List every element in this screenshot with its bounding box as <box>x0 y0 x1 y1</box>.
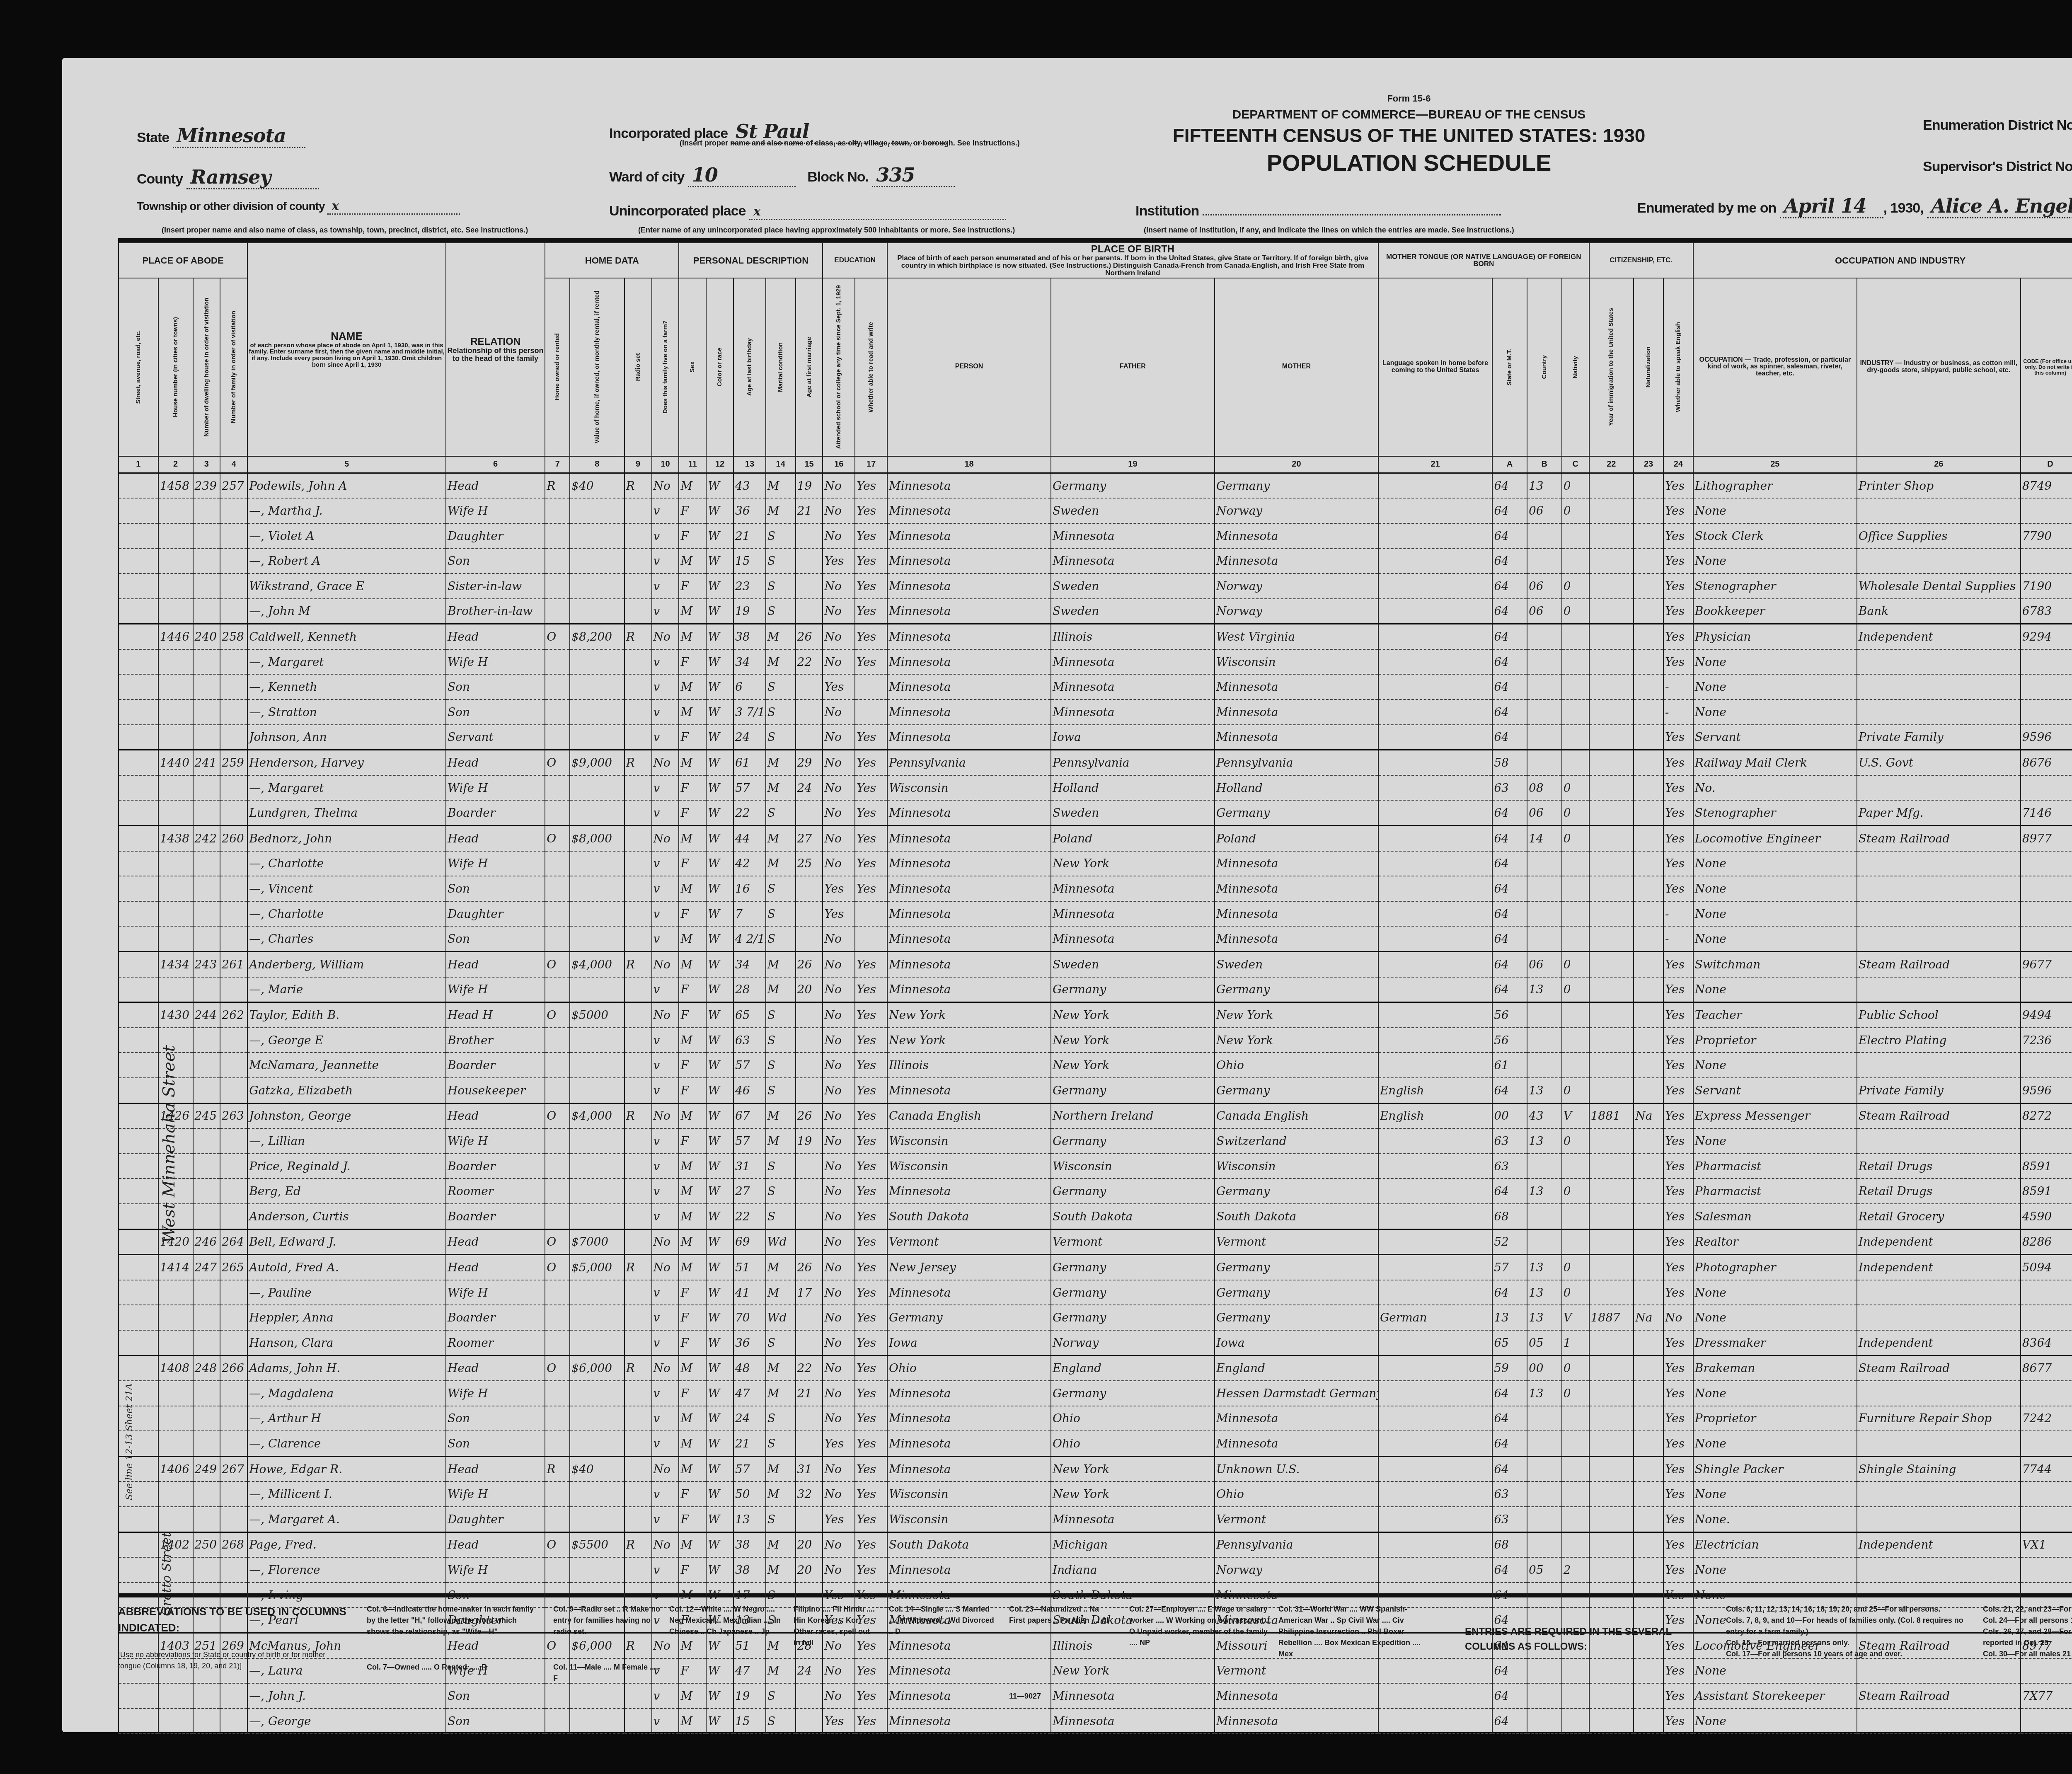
cell-farm: v <box>652 800 679 825</box>
table-row: 1440241259Henderson, HarveyHeadO$9,000RN… <box>119 750 2072 775</box>
cell-farm: v <box>652 775 679 801</box>
cell-val <box>570 1179 625 1204</box>
cell-agem <box>796 1507 823 1532</box>
cell-radio <box>625 876 652 901</box>
cell-fam <box>220 1204 247 1229</box>
cell-code <box>2021 1507 2072 1532</box>
cell-rel: Wife H <box>446 851 545 876</box>
cell-ind: Public School <box>1857 1002 2021 1028</box>
cell-name: Wikstrand, Grace E <box>247 574 446 599</box>
cell-read <box>855 674 887 699</box>
cell-age: 34 <box>733 952 766 977</box>
cell-race: W <box>706 1229 733 1255</box>
cell-imm <box>1589 473 1634 498</box>
cell-farm: No <box>652 473 679 498</box>
col-21-header: Language spoken in home before coming to… <box>1378 278 1492 456</box>
cell-agem <box>796 674 823 699</box>
cell-mar: M <box>766 750 796 775</box>
cell-fam <box>220 876 247 901</box>
cell-occ: None <box>1693 674 1857 699</box>
cell-eng: Yes <box>1663 473 1693 498</box>
cell-read: Yes <box>855 876 887 901</box>
cell-sex: F <box>679 498 706 523</box>
cell-ind: Office Supplies <box>1857 523 2021 549</box>
cell-sex: M <box>679 1204 706 1229</box>
cell-rel: Wife H <box>446 1128 545 1154</box>
cell-house <box>158 1078 193 1103</box>
cell-own <box>545 1128 570 1154</box>
cell-code <box>2021 1280 2072 1305</box>
abbrev-title: ABBREVIATIONS TO BE USED IN COLUMNS INDI… <box>118 1604 350 1636</box>
col-number: 4 <box>220 456 247 473</box>
cell-house_street <box>119 952 158 977</box>
cell-age: 24 <box>733 1406 766 1431</box>
col-number: 2 <box>158 456 193 473</box>
cell-agem <box>796 1078 823 1103</box>
cell-read: Yes <box>855 1154 887 1179</box>
cell-own <box>545 1406 570 1431</box>
col-19-header: FATHER <box>1051 278 1215 456</box>
cell-age: 44 <box>733 826 766 851</box>
cell-agem <box>796 549 823 574</box>
cell-b <box>1527 1028 1562 1053</box>
cell-own: O <box>545 1103 570 1128</box>
cell-mar: M <box>766 498 796 523</box>
cell-code: 8977 <box>2021 826 2072 851</box>
cell-fam <box>220 498 247 523</box>
cell-radio: R <box>625 1103 652 1128</box>
cell-own <box>545 977 570 1002</box>
cell-nat <box>1634 549 1663 574</box>
cell-nat <box>1634 725 1663 750</box>
cell-fam <box>220 1481 247 1507</box>
institution-field: Institution <box>1135 203 1501 219</box>
cell-nat <box>1634 901 1663 927</box>
cell-agem <box>796 1053 823 1078</box>
col-number: 10 <box>652 456 679 473</box>
cell-read: Yes <box>855 1330 887 1355</box>
cell-nat <box>1634 699 1663 725</box>
cell-code: 9596 <box>2021 725 2072 750</box>
cell-race: W <box>706 1103 733 1128</box>
cell-eng: Yes <box>1663 1481 1693 1507</box>
cell-rel: Wife H <box>446 977 545 1002</box>
cell-bp: New York <box>887 1028 1051 1053</box>
cell-radio <box>625 1381 652 1406</box>
cell-sex: M <box>679 1532 706 1557</box>
cell-b <box>1527 901 1562 927</box>
cell-ind <box>1857 775 2021 801</box>
cell-race: W <box>706 1532 733 1557</box>
cell-house_street <box>119 1481 158 1507</box>
cell-sex: M <box>679 1028 706 1053</box>
table-row: —, Robert ASonvMW15SYesYesMinnesotaMinne… <box>119 549 2072 574</box>
cell-name: —, John M <box>247 599 446 624</box>
cell-house_street <box>119 1532 158 1557</box>
col-20-header: MOTHER <box>1215 278 1378 456</box>
cell-name: —, Stratton <box>247 699 446 725</box>
cell-read: Yes <box>855 977 887 1002</box>
cell-agem <box>796 1431 823 1456</box>
cell-agem: 20 <box>796 1532 823 1557</box>
cell-mar: S <box>766 1053 796 1078</box>
cell-mar: S <box>766 1330 796 1355</box>
cell-val <box>570 1204 625 1229</box>
cell-bpf: Sweden <box>1051 574 1215 599</box>
cell-eng: - <box>1663 901 1693 927</box>
cell-lang <box>1378 1028 1492 1053</box>
cell-bp: Minnesota <box>887 1431 1051 1456</box>
cell-house: 1430 <box>158 1002 193 1028</box>
cell-mar: S <box>766 901 796 927</box>
cell-eng: - <box>1663 699 1693 725</box>
cell-own <box>545 901 570 927</box>
cell-a: 64 <box>1492 952 1527 977</box>
cell-radio <box>625 775 652 801</box>
cell-age: 13 <box>733 1507 766 1532</box>
cell-name: —, Margaret <box>247 649 446 675</box>
cell-occ: Brakeman <box>1693 1355 1857 1381</box>
cell-imm <box>1589 1078 1634 1103</box>
cell-imm <box>1589 1002 1634 1028</box>
cell-b: 13 <box>1527 473 1562 498</box>
cell-bpf: New York <box>1051 851 1215 876</box>
cell-mar: S <box>766 1002 796 1028</box>
cell-a: 56 <box>1492 1028 1527 1053</box>
cell-bpm: Ohio <box>1215 1053 1378 1078</box>
cell-imm <box>1589 1431 1634 1456</box>
cell-eng: Yes <box>1663 851 1693 876</box>
cell-name: Taylor, Edith B. <box>247 1002 446 1028</box>
cell-b: 43 <box>1527 1103 1562 1128</box>
cell-nat <box>1634 1431 1663 1456</box>
cell-code: 7242 <box>2021 1406 2072 1431</box>
cell-bpf: Germany <box>1051 1305 1215 1330</box>
col12b-note: Filipino .... Fil Hindu .... Hin Korean … <box>794 1604 876 1648</box>
cell-mar: S <box>766 599 796 624</box>
cell-sex: M <box>679 1103 706 1128</box>
cell-bpf: Sweden <box>1051 952 1215 977</box>
cell-b <box>1527 1481 1562 1507</box>
cell-c: 2 <box>1562 1557 1589 1583</box>
cell-rel: Head <box>446 1229 545 1255</box>
cell-sex: F <box>679 977 706 1002</box>
cell-sex: F <box>679 649 706 675</box>
cell-sch: No <box>823 1532 855 1557</box>
cell-imm <box>1589 699 1634 725</box>
cell-own <box>545 851 570 876</box>
enumerator-name: Alice A. Engelund <box>1927 195 2072 218</box>
cell-agem: 26 <box>796 1255 823 1280</box>
cell-eng: Yes <box>1663 1103 1693 1128</box>
cell-ind <box>1857 851 2021 876</box>
cell-name: —, Lillian <box>247 1128 446 1154</box>
cell-read: Yes <box>855 750 887 775</box>
cell-rel: Boarder <box>446 1154 545 1179</box>
cell-dw <box>193 1204 220 1229</box>
cell-house <box>158 498 193 523</box>
col-number: B <box>1527 456 1562 473</box>
cell-imm <box>1589 800 1634 825</box>
cell-name: Anderson, Curtis <box>247 1204 446 1229</box>
cell-radio <box>625 498 652 523</box>
cell-sex: M <box>679 1154 706 1179</box>
cell-b <box>1527 725 1562 750</box>
cell-imm <box>1589 1255 1634 1280</box>
cell-occ: None <box>1693 1557 1857 1583</box>
cell-name: Hanson, Clara <box>247 1330 446 1355</box>
cell-radio <box>625 1053 652 1078</box>
cell-own <box>545 1280 570 1305</box>
cell-age: 6 <box>733 674 766 699</box>
cell-rel: Head <box>446 1103 545 1128</box>
col-B-header: Country <box>1527 278 1562 456</box>
cell-b <box>1527 674 1562 699</box>
cell-agem <box>796 1406 823 1431</box>
cell-bp: Minnesota <box>887 826 1051 851</box>
table-row: —, StrattonSonvMW3 7/12SNoMinnesotaMinne… <box>119 699 2072 725</box>
cell-c: V <box>1562 1103 1589 1128</box>
cell-occ: None <box>1693 699 1857 725</box>
cell-nat <box>1634 498 1663 523</box>
cell-house: 1458 <box>158 473 193 498</box>
col23-note: Col. 23—Naturalized .. Na First papers .… <box>1009 1604 1117 1626</box>
cell-bp: Minnesota <box>887 473 1051 498</box>
cell-eng: Yes <box>1663 1002 1693 1028</box>
cell-imm <box>1589 1355 1634 1381</box>
cell-occ: Proprietor <box>1693 1028 1857 1053</box>
cell-house: 1414 <box>158 1255 193 1280</box>
cell-imm <box>1589 750 1634 775</box>
cell-c <box>1562 725 1589 750</box>
cell-a: 64 <box>1492 725 1527 750</box>
cell-bpf: Sweden <box>1051 599 1215 624</box>
cell-occ: None <box>1693 1305 1857 1330</box>
cell-sex: M <box>679 1255 706 1280</box>
cell-race: W <box>706 952 733 977</box>
cell-house_street <box>119 1053 158 1078</box>
cell-own <box>545 1507 570 1532</box>
cell-farm: v <box>652 1330 679 1355</box>
cell-name: —, Marie <box>247 977 446 1002</box>
cell-code <box>2021 1053 2072 1078</box>
county-field: County Ramsey <box>137 166 319 189</box>
cell-eng: Yes <box>1663 498 1693 523</box>
col6-note: Col. 6—Indicate the home-maker in each f… <box>367 1604 541 1637</box>
cell-c <box>1562 523 1589 549</box>
cell-name: Autold, Fred A. <box>247 1255 446 1280</box>
block-label: Block No. <box>807 169 869 185</box>
cell-radio <box>625 523 652 549</box>
cell-occ: Proprietor <box>1693 1406 1857 1431</box>
cell-nat <box>1634 1053 1663 1078</box>
cell-bp: Minnesota <box>887 1557 1051 1583</box>
cell-bp: Minnesota <box>887 952 1051 977</box>
cell-eng: Yes <box>1663 1532 1693 1557</box>
cell-own <box>545 1028 570 1053</box>
cell-agem <box>796 1204 823 1229</box>
cell-ind: Printer Shop <box>1857 473 2021 498</box>
cell-own <box>545 649 570 675</box>
cell-age: 51 <box>733 1255 766 1280</box>
cell-radio <box>625 1507 652 1532</box>
cell-bp: Minnesota <box>887 977 1051 1002</box>
table-row: 1434243261Anderberg, WilliamHeadO$4,000R… <box>119 952 2072 977</box>
cell-code: 5094 <box>2021 1255 2072 1280</box>
table-row: 1402250268Page, Fred.HeadO$5500RNoMW38M2… <box>119 1532 2072 1557</box>
table-row: Heppler, AnnaBoardervFW70WdNoYesGermanyG… <box>119 1305 2072 1330</box>
cell-lang <box>1378 1204 1492 1229</box>
table-row: 1406249267Howe, Edgar R.HeadR$40NoMW57M3… <box>119 1456 2072 1481</box>
cell-house <box>158 1557 193 1583</box>
cell-lang <box>1378 1507 1492 1532</box>
cell-a: 64 <box>1492 977 1527 1002</box>
cell-house <box>158 549 193 574</box>
cell-fam <box>220 523 247 549</box>
cell-bpm: West Virginia <box>1215 624 1378 649</box>
cell-age: 50 <box>733 1481 766 1507</box>
cell-rel: Wife H <box>446 649 545 675</box>
cell-fam: 262 <box>220 1002 247 1028</box>
incorporated-note: (Insert proper name and also name of cla… <box>680 139 1020 148</box>
cell-lang <box>1378 1355 1492 1381</box>
col-number: 14 <box>766 456 796 473</box>
cell-ind: Wholesale Dental Supplies <box>1857 574 2021 599</box>
cell-name: —, Kenneth <box>247 674 446 699</box>
cell-farm: v <box>652 1204 679 1229</box>
cell-bpm: New York <box>1215 1028 1378 1053</box>
cell-race: W <box>706 523 733 549</box>
cell-lang <box>1378 1330 1492 1355</box>
cell-farm: No <box>652 952 679 977</box>
col-relation-header: RELATIONRelationship of this person to t… <box>446 243 545 456</box>
cell-bp: Wisconsin <box>887 775 1051 801</box>
cell-c <box>1562 1507 1589 1532</box>
cell-c: V <box>1562 1305 1589 1330</box>
cell-c <box>1562 624 1589 649</box>
cell-bp: Minnesota <box>887 498 1051 523</box>
cell-lang: German <box>1378 1305 1492 1330</box>
cell-a: 64 <box>1492 876 1527 901</box>
cell-age: 38 <box>733 1557 766 1583</box>
cell-house <box>158 1330 193 1355</box>
cell-nat <box>1634 977 1663 1002</box>
col-16-header: Attended school or college any time sinc… <box>823 278 855 456</box>
cell-b <box>1527 699 1562 725</box>
cell-nat <box>1634 876 1663 901</box>
cell-race: W <box>706 1557 733 1583</box>
cell-agem: 22 <box>796 1355 823 1381</box>
cell-house_street <box>119 1154 158 1179</box>
cell-read: Yes <box>855 1305 887 1330</box>
cell-radio <box>625 1280 652 1305</box>
cell-radio <box>625 1406 652 1431</box>
group-occupation: OCCUPATION AND INDUSTRY <box>1693 243 2072 278</box>
table-row: Hanson, ClaraRoomervFW36SNoYesIowaNorway… <box>119 1330 2072 1355</box>
institution-label: Institution <box>1135 203 1199 219</box>
cell-bpf: New York <box>1051 1481 1215 1507</box>
cell-nat <box>1634 1330 1663 1355</box>
township-value: x <box>327 199 460 215</box>
cell-house <box>158 1028 193 1053</box>
cell-race: W <box>706 1255 733 1280</box>
cell-eng: Yes <box>1663 1179 1693 1204</box>
cell-val <box>570 1305 625 1330</box>
cell-age: 36 <box>733 498 766 523</box>
cell-age: 22 <box>733 1204 766 1229</box>
cell-read: Yes <box>855 549 887 574</box>
cell-own <box>545 1381 570 1406</box>
cell-imm <box>1589 1128 1634 1154</box>
cell-eng: Yes <box>1663 826 1693 851</box>
cell-read: Yes <box>855 599 887 624</box>
cell-val <box>570 1330 625 1355</box>
cell-read: Yes <box>855 649 887 675</box>
cell-ind <box>1857 1280 2021 1305</box>
cell-rel: Head <box>446 1255 545 1280</box>
col-13-header: Age at last birthday <box>733 278 766 456</box>
cell-code <box>2021 1481 2072 1507</box>
cell-dw <box>193 1381 220 1406</box>
cell-occ: Railway Mail Clerk <box>1693 750 1857 775</box>
cell-name: —, Charlotte <box>247 851 446 876</box>
cell-dw <box>193 1431 220 1456</box>
cell-age: 70 <box>733 1305 766 1330</box>
cell-rel: Brother-in-law <box>446 599 545 624</box>
cell-val: $6,000 <box>570 1355 625 1381</box>
cell-imm <box>1589 674 1634 699</box>
cell-a: 64 <box>1492 1381 1527 1406</box>
cell-own <box>545 800 570 825</box>
cell-code <box>2021 1305 2072 1330</box>
cell-rel: Head <box>446 1456 545 1481</box>
cell-read: Yes <box>855 1128 887 1154</box>
cell-house_street <box>119 674 158 699</box>
cell-lang <box>1378 624 1492 649</box>
cell-agem: 24 <box>796 775 823 801</box>
cell-code: 8749 <box>2021 473 2072 498</box>
cell-radio: R <box>625 750 652 775</box>
cell-nat <box>1634 649 1663 675</box>
cell-eng: Yes <box>1663 775 1693 801</box>
cell-b <box>1527 876 1562 901</box>
cell-mar: M <box>766 1381 796 1406</box>
cell-bp: South Dakota <box>887 1204 1051 1229</box>
cell-occ: Electrician <box>1693 1532 1857 1557</box>
col-23-header: Naturalization <box>1634 278 1663 456</box>
table-row: —, MagdalenaWife HvFW47M21NoYesMinnesota… <box>119 1381 2072 1406</box>
cell-farm: v <box>652 649 679 675</box>
cell-occ: None <box>1693 977 1857 1002</box>
cell-rel: Son <box>446 1431 545 1456</box>
col-11-header: Sex <box>679 278 706 456</box>
group-place-of-birth: PLACE OF BIRTHPlace of birth of each per… <box>887 243 1378 278</box>
cell-read: Yes <box>855 1507 887 1532</box>
cell-sch: No <box>823 599 855 624</box>
cell-nat <box>1634 574 1663 599</box>
table-row: 1446240258Caldwell, KennethHeadO$8,200RN… <box>119 624 2072 649</box>
col-18-header: PERSON <box>887 278 1051 456</box>
cell-a: 64 <box>1492 1179 1527 1204</box>
cell-ind <box>1857 876 2021 901</box>
cell-bp: Pennsylvania <box>887 750 1051 775</box>
cell-val <box>570 599 625 624</box>
cell-imm <box>1589 599 1634 624</box>
cell-code <box>2021 775 2072 801</box>
cell-mar: Wd <box>766 1305 796 1330</box>
cell-name: —, Robert A <box>247 549 446 574</box>
cell-own: O <box>545 1255 570 1280</box>
